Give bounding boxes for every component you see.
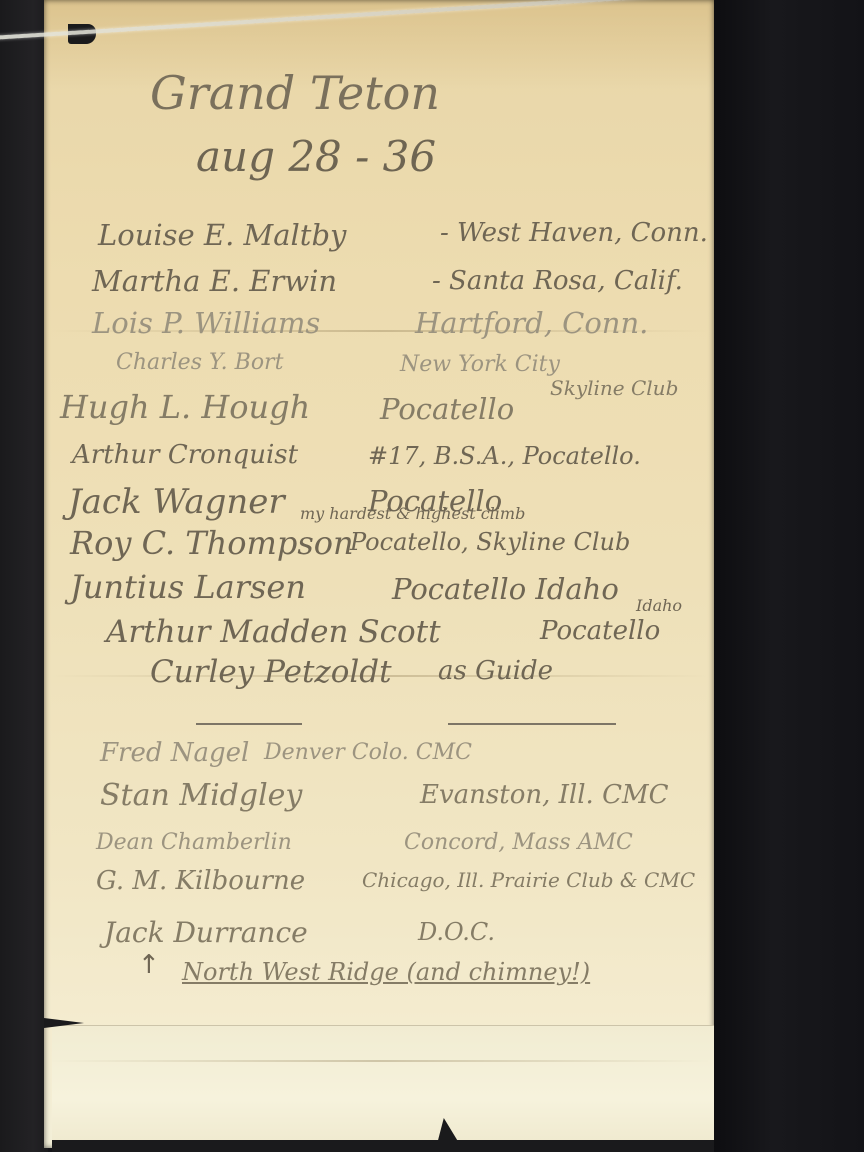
entry-location: Pocatello Idaho — [392, 572, 619, 606]
entry-location: as Guide — [438, 656, 553, 686]
entry-name: Jack Durrance — [104, 916, 308, 949]
entry-name: Charles Y. Bort — [116, 350, 283, 375]
entry-location: - West Haven, Conn. — [440, 218, 708, 248]
paper-bottom-edge — [52, 1140, 714, 1152]
divider-line — [448, 723, 616, 725]
entry-location: Concord, Mass AMC — [404, 830, 633, 855]
entry-name: Lois P. Williams — [92, 306, 320, 340]
entry-name: Arthur Madden Scott — [106, 614, 441, 650]
entry-location: Pocatello — [380, 392, 514, 426]
entry-name: Juntius Larsen — [70, 568, 306, 606]
entry-name: Louise E. Maltby — [98, 218, 346, 252]
entry-location: Evanston, Ill. CMC — [420, 780, 668, 810]
entry-note: Skyline Club — [550, 376, 678, 400]
entry-name: Jack Wagner — [68, 482, 285, 522]
entry-name: Fred Nagel — [100, 738, 249, 768]
document-date: aug 28 - 36 — [196, 132, 436, 181]
arrow-up-icon: ↑ — [138, 950, 160, 980]
entry-name: Hugh L. Hough — [60, 388, 310, 426]
entry-name: Roy C. Thompson — [70, 524, 354, 562]
entry-location: Hartford, Conn. — [415, 306, 648, 340]
entry-name: Dean Chamberlin — [96, 830, 292, 855]
entry-name: Martha E. Erwin — [92, 264, 337, 298]
entry-name: Stan Midgley — [100, 778, 302, 813]
entry-name: G. M. Kilbourne — [96, 866, 305, 896]
entry-location: Pocatello, Skyline Club — [350, 528, 630, 556]
background-right — [712, 0, 864, 1152]
entry-location: New York City — [400, 352, 560, 377]
entry-location: - Santa Rosa, Calif. — [432, 266, 683, 296]
background-left — [0, 0, 48, 1152]
entry-name: Curley Petzoldt — [150, 654, 392, 690]
entry-location: Denver Colo. CMC — [264, 740, 472, 765]
entry-location: #17, B.S.A., Pocatello. — [368, 442, 641, 470]
entry-note: Idaho — [636, 596, 682, 615]
route-note: North West Ridge (and chimney!) — [182, 958, 590, 986]
sheet-bottom-fold — [52, 1025, 714, 1148]
paper-crease — [50, 1060, 710, 1062]
entry-location: D.O.C. — [418, 918, 495, 946]
document-title: Grand Teton — [150, 66, 440, 120]
entry-name: Arthur Cronquist — [72, 440, 298, 470]
entry-note: my hardest & highest climb — [300, 504, 525, 523]
entry-location: Pocatello — [540, 616, 660, 646]
divider-line — [196, 723, 302, 725]
entry-location: Chicago, Ill. Prairie Club & CMC — [362, 868, 695, 892]
